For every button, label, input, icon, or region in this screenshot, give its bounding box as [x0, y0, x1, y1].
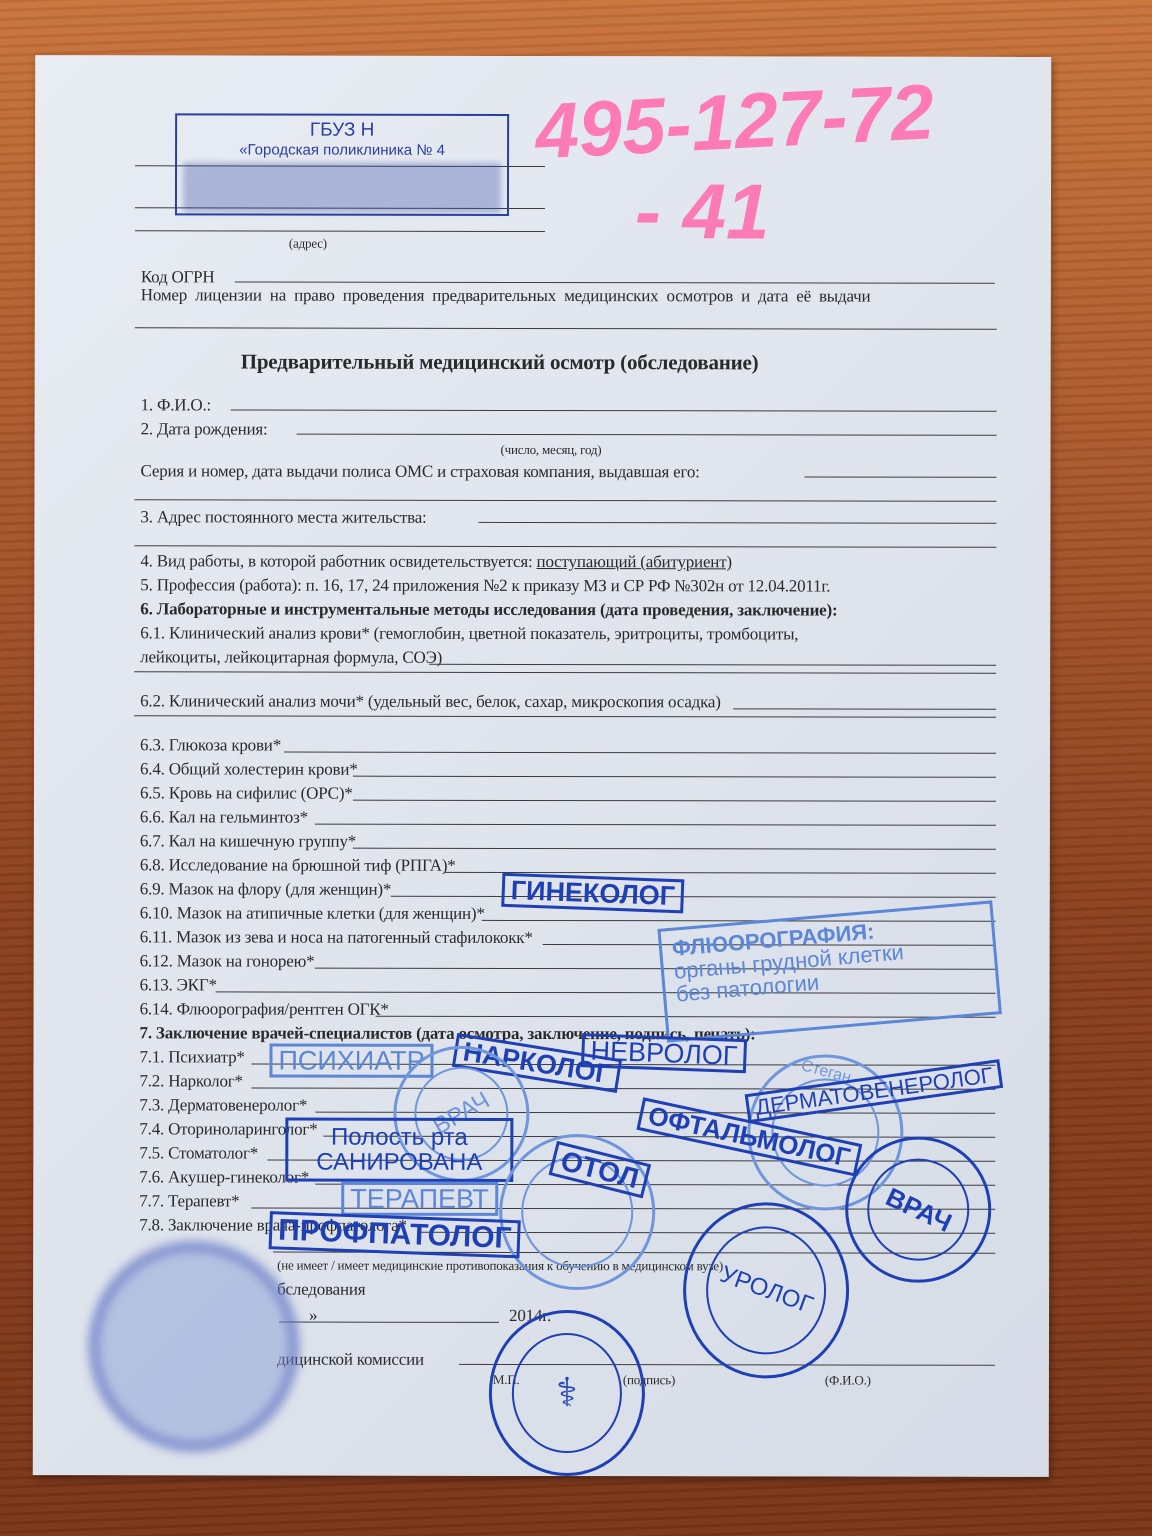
- lab-test-label: 6.6. Кал на гельминтоз*: [140, 807, 308, 827]
- ogrn-field[interactable]: [235, 281, 995, 283]
- contraindication-caption: (не имеет / имеет медицинские противопок…: [277, 1258, 723, 1275]
- specialist-label: 7.3. Дерматовенеролог*: [139, 1095, 307, 1115]
- lab-test-label: 6.10. Мазок на атипичные клетки (для жен…: [140, 903, 485, 924]
- lab-test-label: 6.4. Общий холестерин крови*: [140, 759, 358, 779]
- lab-test-label: 6.1. Клинический анализ крови* (гемоглоб…: [140, 623, 798, 644]
- lab-test-label: 6.13. ЭКГ*: [140, 975, 217, 995]
- stamp-fluorography: ФЛЮОРОГРАФИЯ: органы грудной клетки без …: [657, 900, 1002, 1042]
- clinic-stamp-line1: ГБУЗ Н: [177, 119, 507, 142]
- address-caption: (адрес): [289, 236, 327, 252]
- lab-test-label: 6.7. Кал на кишечную группу*: [140, 831, 356, 851]
- work-type-value: поступающий (абитуриент): [537, 552, 732, 571]
- exam-label: бследования: [277, 1280, 365, 1300]
- lab-test-field[interactable]: [284, 752, 996, 754]
- stamp-round-ovchinnikova: УРОЛОГ: [683, 1202, 849, 1378]
- stamp-oral-sanitized: Полость рта САНИРОВАНА: [285, 1118, 513, 1183]
- lab-test-field-extra[interactable]: [134, 715, 996, 718]
- lab-test-label: 6.8. Исследование на брюшной тиф (РПГА)*: [140, 855, 456, 876]
- oral-line2: САНИРОВАНА: [294, 1150, 504, 1176]
- policy-field[interactable]: [805, 476, 997, 477]
- stamp-gynecologist: ГИНЕКОЛОГ: [501, 873, 684, 914]
- license-label: Номер лицензии на право проведения предв…: [141, 285, 871, 306]
- policy-label: Серия и номер, дата выдачи полиса ОМС и …: [140, 461, 699, 482]
- fio-caption: (Ф.И.О.): [825, 1372, 871, 1388]
- stamp-round-maklov: ВРАЧ: [845, 1137, 991, 1283]
- medical-exam-form: ГБУЗ Н «Городская поликлиника № 4 (адрес…: [33, 55, 1051, 1477]
- stamp-round-pudova: ⚕: [489, 1310, 645, 1476]
- lab-test-field[interactable]: [733, 708, 996, 709]
- residence-label: 3. Адрес постоянного места жительства:: [140, 507, 426, 527]
- lab-test-field[interactable]: [353, 800, 996, 802]
- handwritten-suffix: - 41: [635, 166, 770, 257]
- residence-field[interactable]: [478, 522, 996, 524]
- lab-test-field[interactable]: [353, 848, 996, 850]
- lab-test-label: 6.5. Кровь на сифилис (ОРС)*: [140, 783, 353, 803]
- address-line-3: [135, 230, 545, 232]
- lab-test-label: 6.14. Флюорография/рентген ОГК*: [140, 999, 389, 1019]
- specialist-label: 7.2. Нарколог*: [139, 1071, 242, 1091]
- fio-field[interactable]: [231, 409, 997, 411]
- lab-test-field[interactable]: [315, 824, 996, 826]
- lab-test-label: 6.2. Клинический анализ мочи* (удельный …: [140, 691, 721, 712]
- commission-label: дицинской комиссии: [277, 1350, 424, 1370]
- redacted-commission-stamp: [89, 1241, 299, 1451]
- lab-test-field[interactable]: [429, 664, 996, 666]
- birth-caption: (число, месяц, год): [501, 442, 602, 458]
- residence-field-2[interactable]: [134, 545, 996, 548]
- specialist-label: 7.6. Акушер-гинеколог*: [139, 1167, 309, 1187]
- specialist-label: 7.1. Психиатр*: [139, 1047, 244, 1067]
- birth-field[interactable]: [297, 434, 997, 436]
- policy-field-2[interactable]: [134, 499, 996, 502]
- section6-heading: 6. Лабораторные и инструментальные метод…: [140, 599, 837, 620]
- specialist-label: 7.5. Стоматолог*: [139, 1143, 258, 1163]
- stamp-therapist: ТЕРАПЕВТ: [341, 1182, 498, 1217]
- lab-test-label: 6.9. Мазок на флору (для женщин)*: [140, 879, 391, 899]
- specialist-label: 7.7. Терапевт*: [139, 1191, 239, 1211]
- lab-test-label: 6.12. Мазок на гонорею*: [140, 951, 315, 971]
- clinic-header-stamp: ГБУЗ Н «Городская поликлиника № 4: [175, 113, 509, 216]
- lab-test-field[interactable]: [353, 776, 996, 778]
- fio-label: 1. Ф.И.О.:: [141, 395, 212, 415]
- stamp-neurologist: НЕВРОЛОГ: [581, 1033, 747, 1073]
- handwritten-number: 495-127-72: [533, 66, 936, 177]
- clinic-stamp-line2: «Городская поликлиника № 4: [177, 141, 507, 159]
- lab-test-field-extra[interactable]: [134, 671, 996, 674]
- profession-text: 5. Профессия (работа): п. 16, 17, 24 при…: [140, 575, 830, 596]
- work-type-row: 4. Вид работы, в которой работник освиде…: [140, 551, 732, 572]
- birth-label: 2. Дата рождения:: [141, 419, 268, 439]
- license-field[interactable]: [135, 327, 997, 330]
- work-type-label: 4. Вид работы, в которой работник освиде…: [140, 551, 532, 571]
- lab-test-label: 6.3. Глюкоза крови*: [140, 735, 281, 755]
- page-title: Предварительный медицинский осмотр (обсл…: [241, 349, 759, 375]
- lab-test-field[interactable]: [391, 896, 996, 898]
- redacted-address: [183, 162, 501, 213]
- lab-test-label: 6.11. Мазок из зева и носа на патогенный…: [140, 927, 533, 948]
- oral-line1: Полость рта: [294, 1125, 504, 1151]
- lab-test-label: лейкоциты, лейкоцитарная формула, СОЭ): [140, 647, 442, 668]
